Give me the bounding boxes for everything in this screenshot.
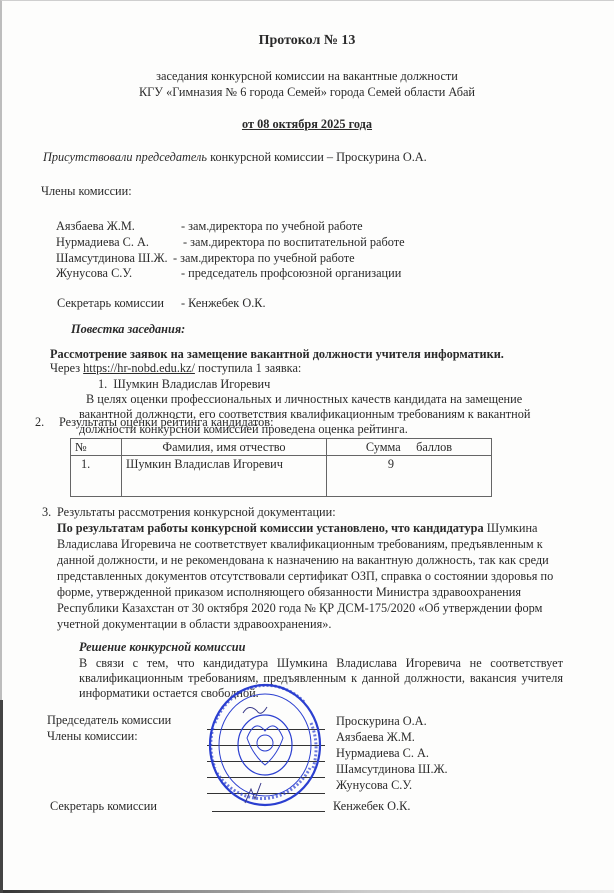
via-suffix: поступила 1 заявка: bbox=[195, 361, 301, 375]
section-3-line-5: форме, утвержденной приказом исполняющег… bbox=[57, 585, 521, 600]
section-3-line-6: Республики Казахстан от 30 октября 2020 … bbox=[57, 601, 542, 616]
page-title: Протокол № 13 bbox=[0, 33, 614, 49]
member-name: Жунусова С.У. bbox=[56, 266, 132, 281]
subtitle-line-1: заседания конкурсной комиссии на вакантн… bbox=[0, 69, 614, 84]
section-3-line-2: Владислава Игоревича не соответствует кв… bbox=[57, 537, 543, 552]
cell-score: 9 bbox=[327, 456, 492, 497]
section-3-text: Шумкина bbox=[484, 521, 538, 535]
sign-name-member: Нурмадиева С. А. bbox=[336, 746, 429, 761]
decision-line-1: В связи с тем, что кандидатура Шумкина В… bbox=[79, 656, 563, 671]
sign-name-member: Жунусова С.У. bbox=[336, 778, 412, 793]
official-stamp-icon bbox=[205, 683, 325, 813]
table-header-row: № Фамилия, имя отчество Сумма баллов bbox=[71, 439, 492, 456]
secretary-name: - Кенжебек О.К. bbox=[181, 296, 266, 311]
hr-nobd-link[interactable]: https://hr-nobd.edu.kz/ bbox=[83, 361, 195, 375]
section-3-line-7: учетной документации в области здравоохр… bbox=[57, 617, 331, 632]
member-name: Шамсутдинова Ш.Ж. bbox=[56, 251, 168, 266]
member-name: Аязбаева Ж.М. bbox=[56, 219, 135, 234]
section-2-title: Результаты оценки рейтинга кандидатов: bbox=[59, 415, 273, 430]
sign-name-member: Шамсутдинова Ш.Ж. bbox=[336, 762, 448, 777]
via-prefix: Через bbox=[50, 361, 83, 375]
member-role: - зам.директора по учебной работе bbox=[181, 219, 363, 234]
agenda-heading: Повестка заседания: bbox=[71, 322, 185, 337]
subtitle-line-2: КГУ «Гимназия № 6 города Семей» города С… bbox=[0, 85, 614, 100]
section-3-line-3: данной должности, и не рекомендована к н… bbox=[57, 553, 549, 568]
sign-secretary-label: Секретарь комиссии bbox=[50, 799, 157, 814]
sign-name-chair: Проскурина О.А. bbox=[336, 714, 427, 729]
section-3-line-4: представленных документов отсутствовали … bbox=[57, 569, 553, 584]
member-role: - председатель профсоюзной организации bbox=[181, 266, 401, 281]
rating-table: № Фамилия, имя отчество Сумма баллов 1. … bbox=[70, 438, 492, 497]
chair-attendance: Присутствовали председатель конкурсной к… bbox=[43, 150, 427, 165]
sign-name-secretary: Кенжебек О.К. bbox=[333, 799, 410, 814]
section-3-line-1: По результатам работы конкурсной комисси… bbox=[57, 521, 538, 536]
column-header-score: Сумма баллов bbox=[327, 439, 492, 456]
protocol-date: от 08 октября 2025 года bbox=[0, 117, 614, 132]
agenda-topic: Рассмотрение заявок на замещение вакантн… bbox=[50, 347, 504, 362]
applicant-number: 1. bbox=[98, 377, 107, 391]
applicant-name: Шумкин Владислав Игоревич bbox=[113, 377, 270, 391]
member-name: Нурмадиева С. А. bbox=[56, 235, 149, 250]
column-header-name: Фамилия, имя отчество bbox=[122, 439, 327, 456]
decision-heading: Решение конкурсной комиссии bbox=[79, 640, 246, 655]
section-3-bold-lead: По результатам работы конкурсной комисси… bbox=[57, 521, 484, 535]
sign-members-label: Члены комиссии: bbox=[47, 729, 138, 744]
scan-edge-left bbox=[0, 700, 3, 893]
cell-name: Шумкин Владислав Игоревич bbox=[122, 456, 327, 497]
column-header-number: № bbox=[71, 439, 122, 456]
section-3-title: Результаты рассмотрения конкурсной докум… bbox=[57, 505, 336, 520]
section-3-number: 3. bbox=[42, 505, 51, 520]
sign-chair-label: Председатель комиссии bbox=[47, 713, 171, 728]
assessment-line-1: В целях оценки профессиональных и личнос… bbox=[86, 392, 522, 407]
member-role: - зам.директора по воспитательной работе bbox=[183, 235, 405, 250]
chair-text: конкурсной комиссии – Проскурина О.А. bbox=[207, 150, 427, 164]
applications-received: Через https://hr-nobd.edu.kz/ поступила … bbox=[50, 361, 301, 376]
member-role: - зам.директора по учебной работе bbox=[173, 251, 355, 266]
applicant-list-item: 1. Шумкин Владислав Игоревич bbox=[98, 377, 270, 392]
members-label: Члены комиссии: bbox=[41, 184, 132, 199]
sign-name-member: Аязбаева Ж.М. bbox=[336, 730, 415, 745]
secretary-label: Секретарь комиссии bbox=[57, 296, 164, 311]
cell-number: 1. bbox=[71, 456, 122, 497]
chair-label: Присутствовали председатель bbox=[43, 150, 207, 164]
section-2-number: 2. bbox=[35, 415, 44, 430]
table-row: 1. Шумкин Владислав Игоревич 9 bbox=[71, 456, 492, 497]
